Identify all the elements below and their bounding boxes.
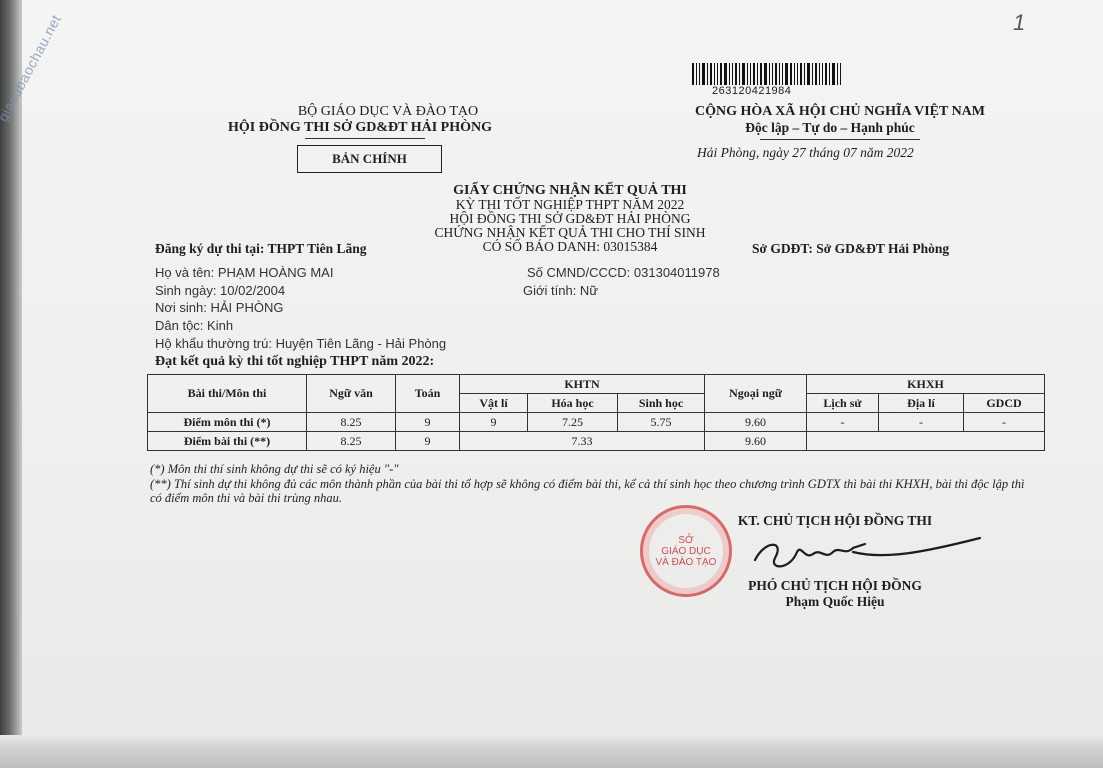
table-header-row: Bài thi/Môn thi Ngữ văn Toán KHTN Ngoại …	[148, 375, 1045, 394]
header-math: Toán	[396, 375, 460, 413]
score-physics: 9	[460, 413, 528, 432]
score-khxh	[807, 432, 1045, 451]
ministry-name: BỘ GIÁO DỤC VÀ ĐÀO TẠO	[188, 104, 588, 120]
photo-bottom-edge	[0, 735, 1103, 768]
score-khtn: 7.33	[460, 432, 705, 451]
original-copy-label: BẢN CHÍNH	[297, 145, 442, 173]
header-chemistry: Hóa học	[528, 394, 618, 413]
result-heading: Đạt kết quả kỳ thi tốt nghiệp THPT năm 2…	[155, 354, 434, 370]
row-label: Điểm bài thi (**)	[148, 432, 307, 451]
header-khtn: KHTN	[460, 375, 705, 394]
header-history: Lịch sử	[807, 394, 879, 413]
signature-icon	[735, 530, 985, 580]
score-geography: -	[879, 413, 964, 432]
header-biology: Sinh học	[618, 394, 705, 413]
council-line: HỘI ĐỒNG THI SỞ GD&ĐT HẢI PHÒNG	[270, 212, 870, 226]
header-foreign-language: Ngoại ngữ	[705, 375, 807, 413]
score-foreign-language: 9.60	[705, 413, 807, 432]
candidate-gender: Giới tính: Nữ	[523, 283, 598, 298]
candidate-dob: Sinh ngày: 10/02/2004	[155, 283, 285, 298]
header-literature: Ngữ văn	[307, 375, 396, 413]
exam-name: KỲ THI TỐT NGHIỆP THPT NĂM 2022	[270, 198, 870, 212]
divider	[760, 139, 920, 140]
barcode-number: 263120421984	[712, 85, 791, 97]
stamp-text: VÀ ĐÀO TẠO	[656, 557, 717, 568]
candidate-ethnicity: Dân tộc: Kinh	[155, 318, 233, 333]
barcode-icon	[692, 63, 884, 85]
score-biology: 5.75	[618, 413, 705, 432]
candidate-birthplace: Nơi sinh: HẢI PHÒNG	[155, 300, 283, 315]
footnotes: (*) Môn thi thí sinh không dự thi sẽ có …	[150, 462, 1030, 506]
stamp-text: GIÁO DỤC	[661, 546, 710, 557]
score-math: 9	[396, 413, 460, 432]
header-khxh: KHXH	[807, 375, 1045, 394]
council-name: HỘI ĐỒNG THI SỞ GD&ĐT HẢI PHÒNG	[160, 120, 560, 136]
candidate-id: Số CMND/CCCD: 031304011978	[527, 265, 720, 280]
score-chemistry: 7.25	[528, 413, 618, 432]
divider	[305, 138, 425, 139]
score-math: 9	[396, 432, 460, 451]
education-department: Sở GDĐT: Sở GD&ĐT Hải Phòng	[752, 241, 949, 257]
header-geography: Địa lí	[879, 394, 964, 413]
certify-line: CHỨNG NHẬN KẾT QUẢ THI CHO THÍ SINH	[270, 226, 870, 240]
signer-title-2: PHÓ CHỦ TỊCH HỘI ĐỒNG	[650, 578, 1020, 594]
stamp-text: SỞ	[678, 535, 693, 546]
score-literature: 8.25	[307, 413, 396, 432]
motto: Độc lập – Tự do – Hạnh phúc	[620, 120, 1040, 136]
issue-date: Hải Phòng, ngày 27 tháng 07 năm 2022	[697, 145, 914, 161]
certificate-title: GIẤY CHỨNG NHẬN KẾT QUẢ THI	[270, 184, 870, 198]
score-history: -	[807, 413, 879, 432]
table-row: Điểm môn thi (*) 8.25 9 9 7.25 5.75 9.60…	[148, 413, 1045, 432]
header-physics: Vật lí	[460, 394, 528, 413]
footnote-2: (**) Thí sinh dự thi không đủ các môn th…	[150, 477, 1030, 506]
header-civics: GDCD	[964, 394, 1045, 413]
nation-name: CỘNG HÒA XÃ HỘI CHỦ NGHĨA VIỆT NAM	[610, 104, 1070, 120]
score-literature: 8.25	[307, 432, 396, 451]
exam-site: Đăng ký dự thi tại: THPT Tiên Lãng	[155, 241, 367, 257]
footnote-1: (*) Môn thi thí sinh không dự thi sẽ có …	[150, 462, 1030, 477]
score-civics: -	[964, 413, 1045, 432]
row-label: Điểm môn thi (*)	[148, 413, 307, 432]
header-subject: Bài thi/Môn thi	[148, 375, 307, 413]
table-row: Điểm bài thi (**) 8.25 9 7.33 9.60	[148, 432, 1045, 451]
candidate-residence: Hộ khẩu thường trú: Huyện Tiên Lãng - Hả…	[155, 336, 446, 351]
page-number: 1	[1013, 10, 1025, 36]
score-foreign-language: 9.60	[705, 432, 807, 451]
signer-name: Phạm Quốc Hiệu	[650, 594, 1020, 610]
candidate-name: Họ và tên: PHẠM HOÀNG MAI	[155, 265, 333, 280]
results-table: Bài thi/Môn thi Ngữ văn Toán KHTN Ngoại …	[147, 374, 1045, 451]
